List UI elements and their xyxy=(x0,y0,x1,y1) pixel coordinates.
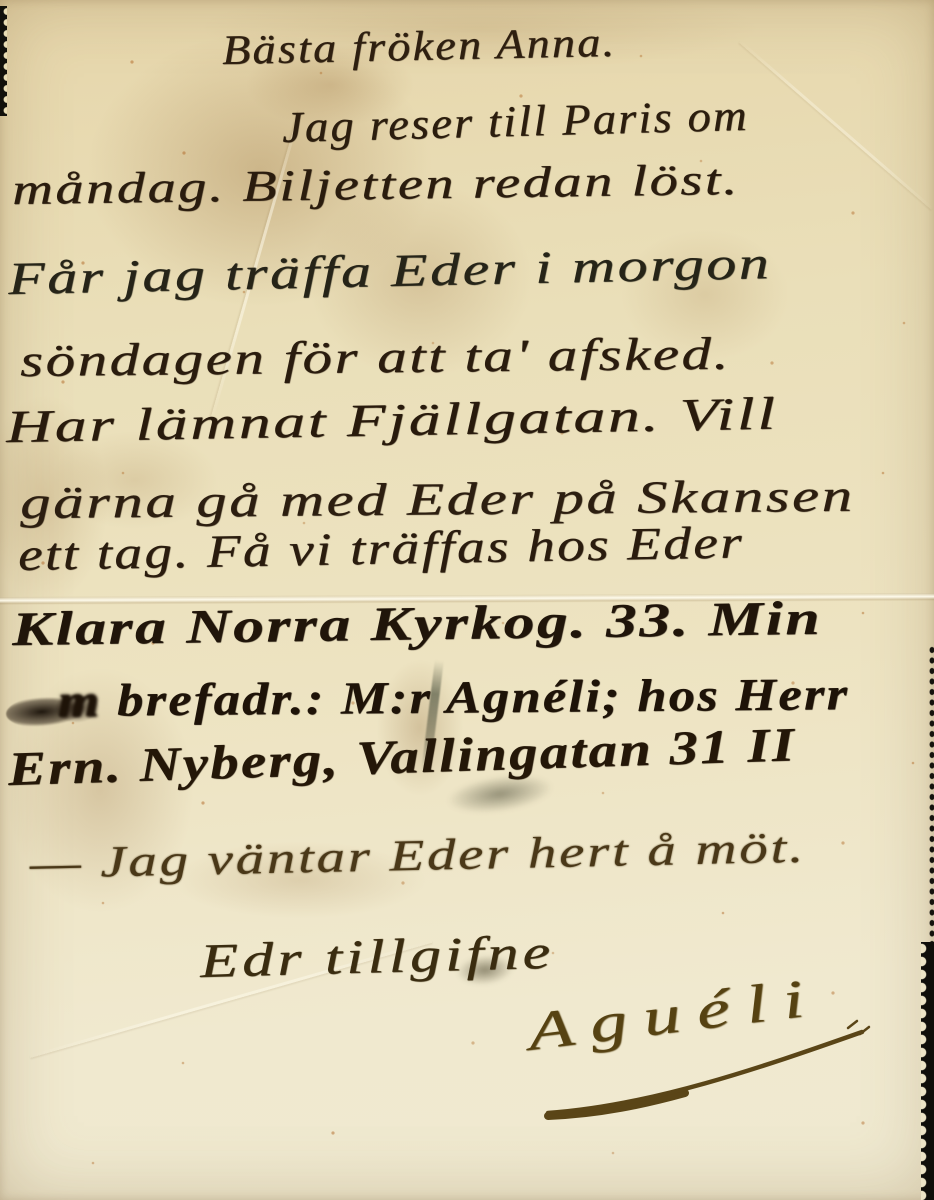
letter-closing: Edr tillgifne xyxy=(199,929,554,986)
crease-top-right xyxy=(739,40,933,210)
foxing-speckles xyxy=(0,0,2,2)
letter-line: Ern. Nyberg, Vallingatan 31 II xyxy=(7,721,797,794)
letter-line: måndag. Biljetten redan löst. xyxy=(12,158,740,212)
letter-line: Jag reser till Paris om xyxy=(281,94,749,150)
letter-line: Bästa fröken Anna. xyxy=(222,22,617,72)
letter-line: Får jag träffa Eder i morgon xyxy=(8,240,772,302)
letter-line: Klara Norra Kyrkog. 33. Min xyxy=(12,595,823,654)
perforated-edge-left xyxy=(0,6,7,116)
letter-line: ett tag. Få vi träffas hos Eder xyxy=(18,519,745,578)
perforation-dots-right xyxy=(928,645,934,945)
signature-flourish xyxy=(480,1010,910,1140)
letter-line: — Jag väntar Eder hert å möt. xyxy=(30,826,807,886)
letter-line: Har lämnat Fjällgatan. Vill xyxy=(6,391,778,450)
scanned-letter-page: { "colors": { "paper": "#ebe0bc", "ink":… xyxy=(0,0,934,1200)
letter-sheet: Bästa fröken Anna. Jag reser till Paris … xyxy=(0,0,934,1200)
perforated-edge-right xyxy=(921,942,934,1200)
letter-line: mbrefadr.: M:r Agnéli; hos Herr xyxy=(58,671,850,724)
letter-line-text: brefadr.: M:r Agnéli; hos Herr xyxy=(117,668,850,725)
struck-out-letter: m xyxy=(58,675,102,726)
letter-line: söndagen för att ta' afsked. xyxy=(20,331,731,384)
